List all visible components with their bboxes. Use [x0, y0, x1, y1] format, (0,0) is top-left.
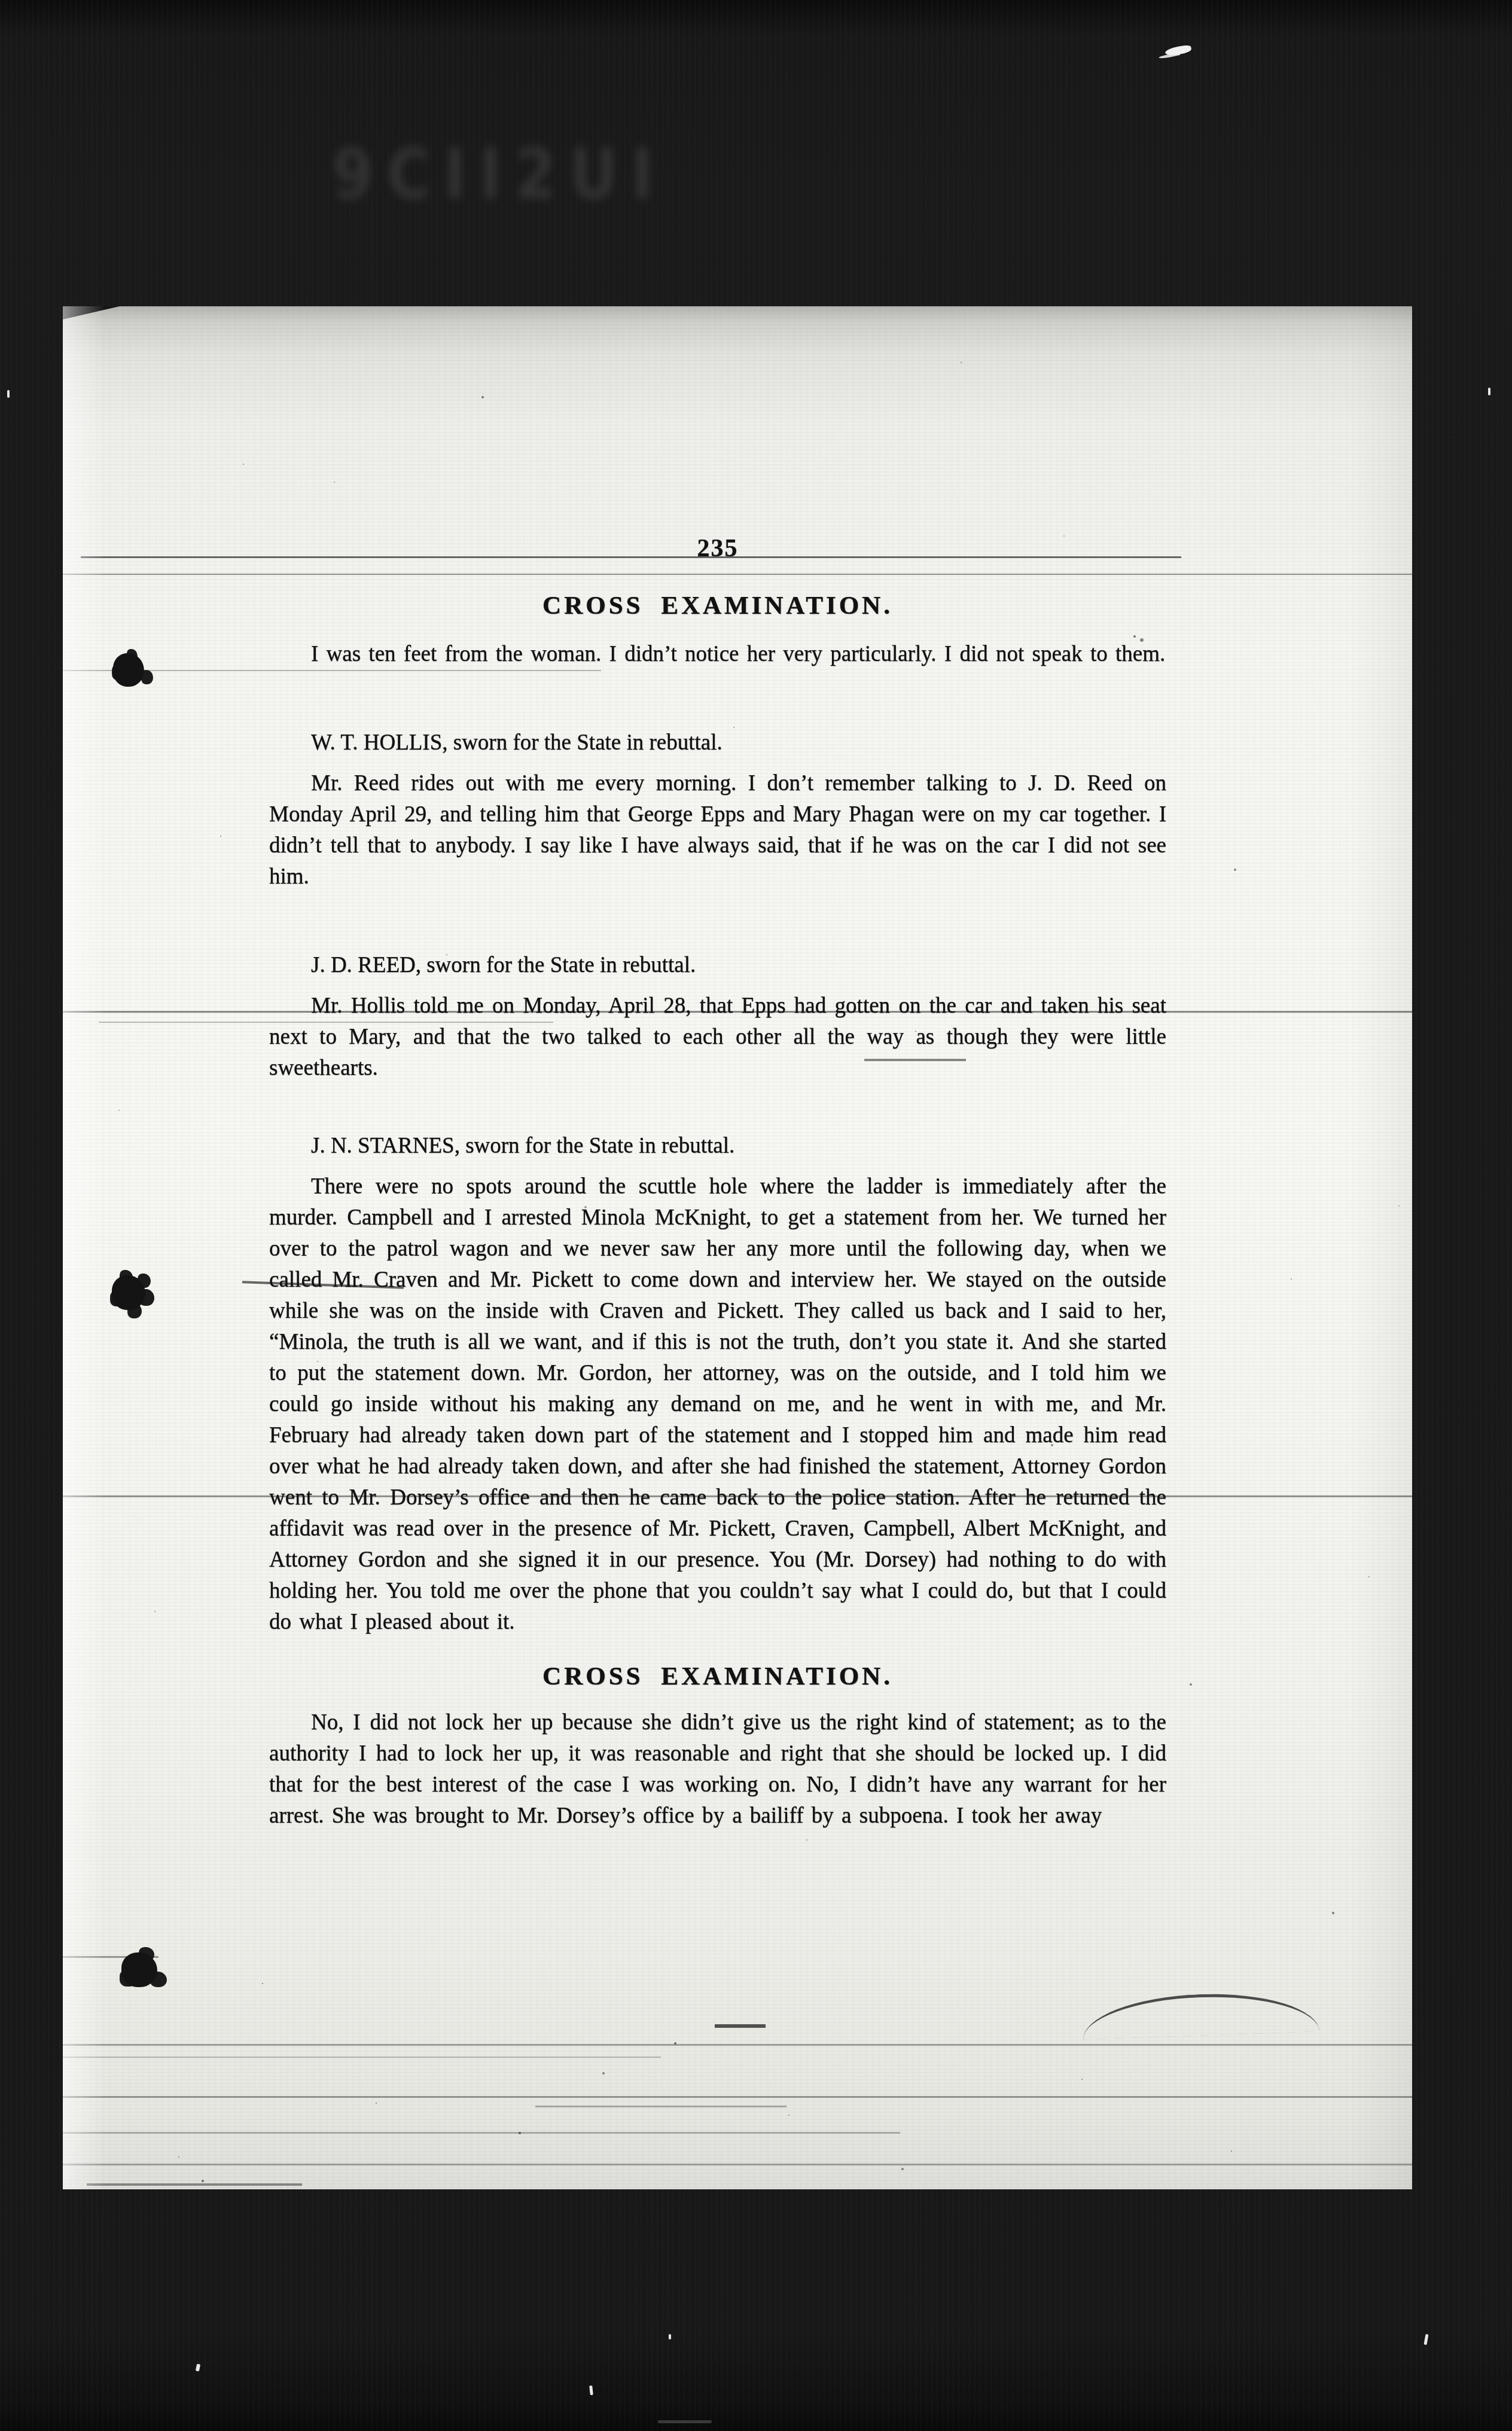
page-corner-notch: [63, 306, 120, 319]
scan-artifact-speck: [669, 2334, 671, 2339]
document-page: 235 CROSS EXAMINATION. I was ten feet fr…: [63, 306, 1412, 2189]
scan-artifact-speck: [1423, 2334, 1428, 2345]
witness-heading-reed: J. D. REED, sworn for the State in rebut…: [269, 950, 1166, 981]
witness-heading-hollis: W. T. HOLLIS, sworn for the State in reb…: [269, 727, 1166, 758]
ink-blob: [121, 1952, 157, 1987]
ghost-stamp: 9CII2UI: [332, 134, 715, 215]
ink-blob: [112, 1275, 145, 1310]
ink-blob: [113, 653, 144, 687]
testimony-paragraph: I was ten feet from the woman. I didn’t …: [269, 639, 1166, 670]
scratch-line: [63, 2044, 1412, 2046]
testimony-paragraph: There were no spots around the scuttle h…: [269, 1171, 1166, 1638]
cross-examination-heading: CROSS EXAMINATION.: [269, 591, 1166, 621]
scan-artifact-squiggle: [1165, 44, 1192, 56]
testimony-paragraph: Mr. Hollis told me on Monday, April 28, …: [269, 991, 1166, 1084]
witness-heading-starnes: J. N. STARNES, sworn for the State in re…: [269, 1131, 1166, 1162]
scratch-line: [63, 2096, 1412, 2098]
cross-examination-heading: CROSS EXAMINATION.: [269, 1662, 1166, 1692]
page-number: 235: [269, 535, 1166, 562]
scratch-line: [87, 2183, 302, 2186]
scratch-line: [63, 2164, 1412, 2165]
scan-background: 9CII2UI 235 CROS: [0, 0, 1512, 2431]
testimony-paragraph: Mr. Reed rides out with me every morning…: [269, 768, 1166, 892]
scan-artifact-speck: [658, 2420, 712, 2423]
testimony-paragraph: No, I did not lock her up because she di…: [269, 1707, 1166, 1832]
dust-specks: [63, 306, 65, 309]
scratch-line: [63, 2132, 900, 2134]
scan-artifact-speck: [196, 2364, 200, 2372]
scan-artifact-speck: [1488, 388, 1490, 395]
scan-artifact-speck: [7, 390, 10, 398]
scratch-curve: [1082, 1990, 1319, 2040]
scan-artifact-speck: [589, 2386, 593, 2395]
scratch-line: [535, 2106, 787, 2107]
scratch-line: [63, 2057, 661, 2058]
scratch-line: [715, 2024, 766, 2028]
text-column: 235 CROSS EXAMINATION. I was ten feet fr…: [269, 306, 1166, 1832]
